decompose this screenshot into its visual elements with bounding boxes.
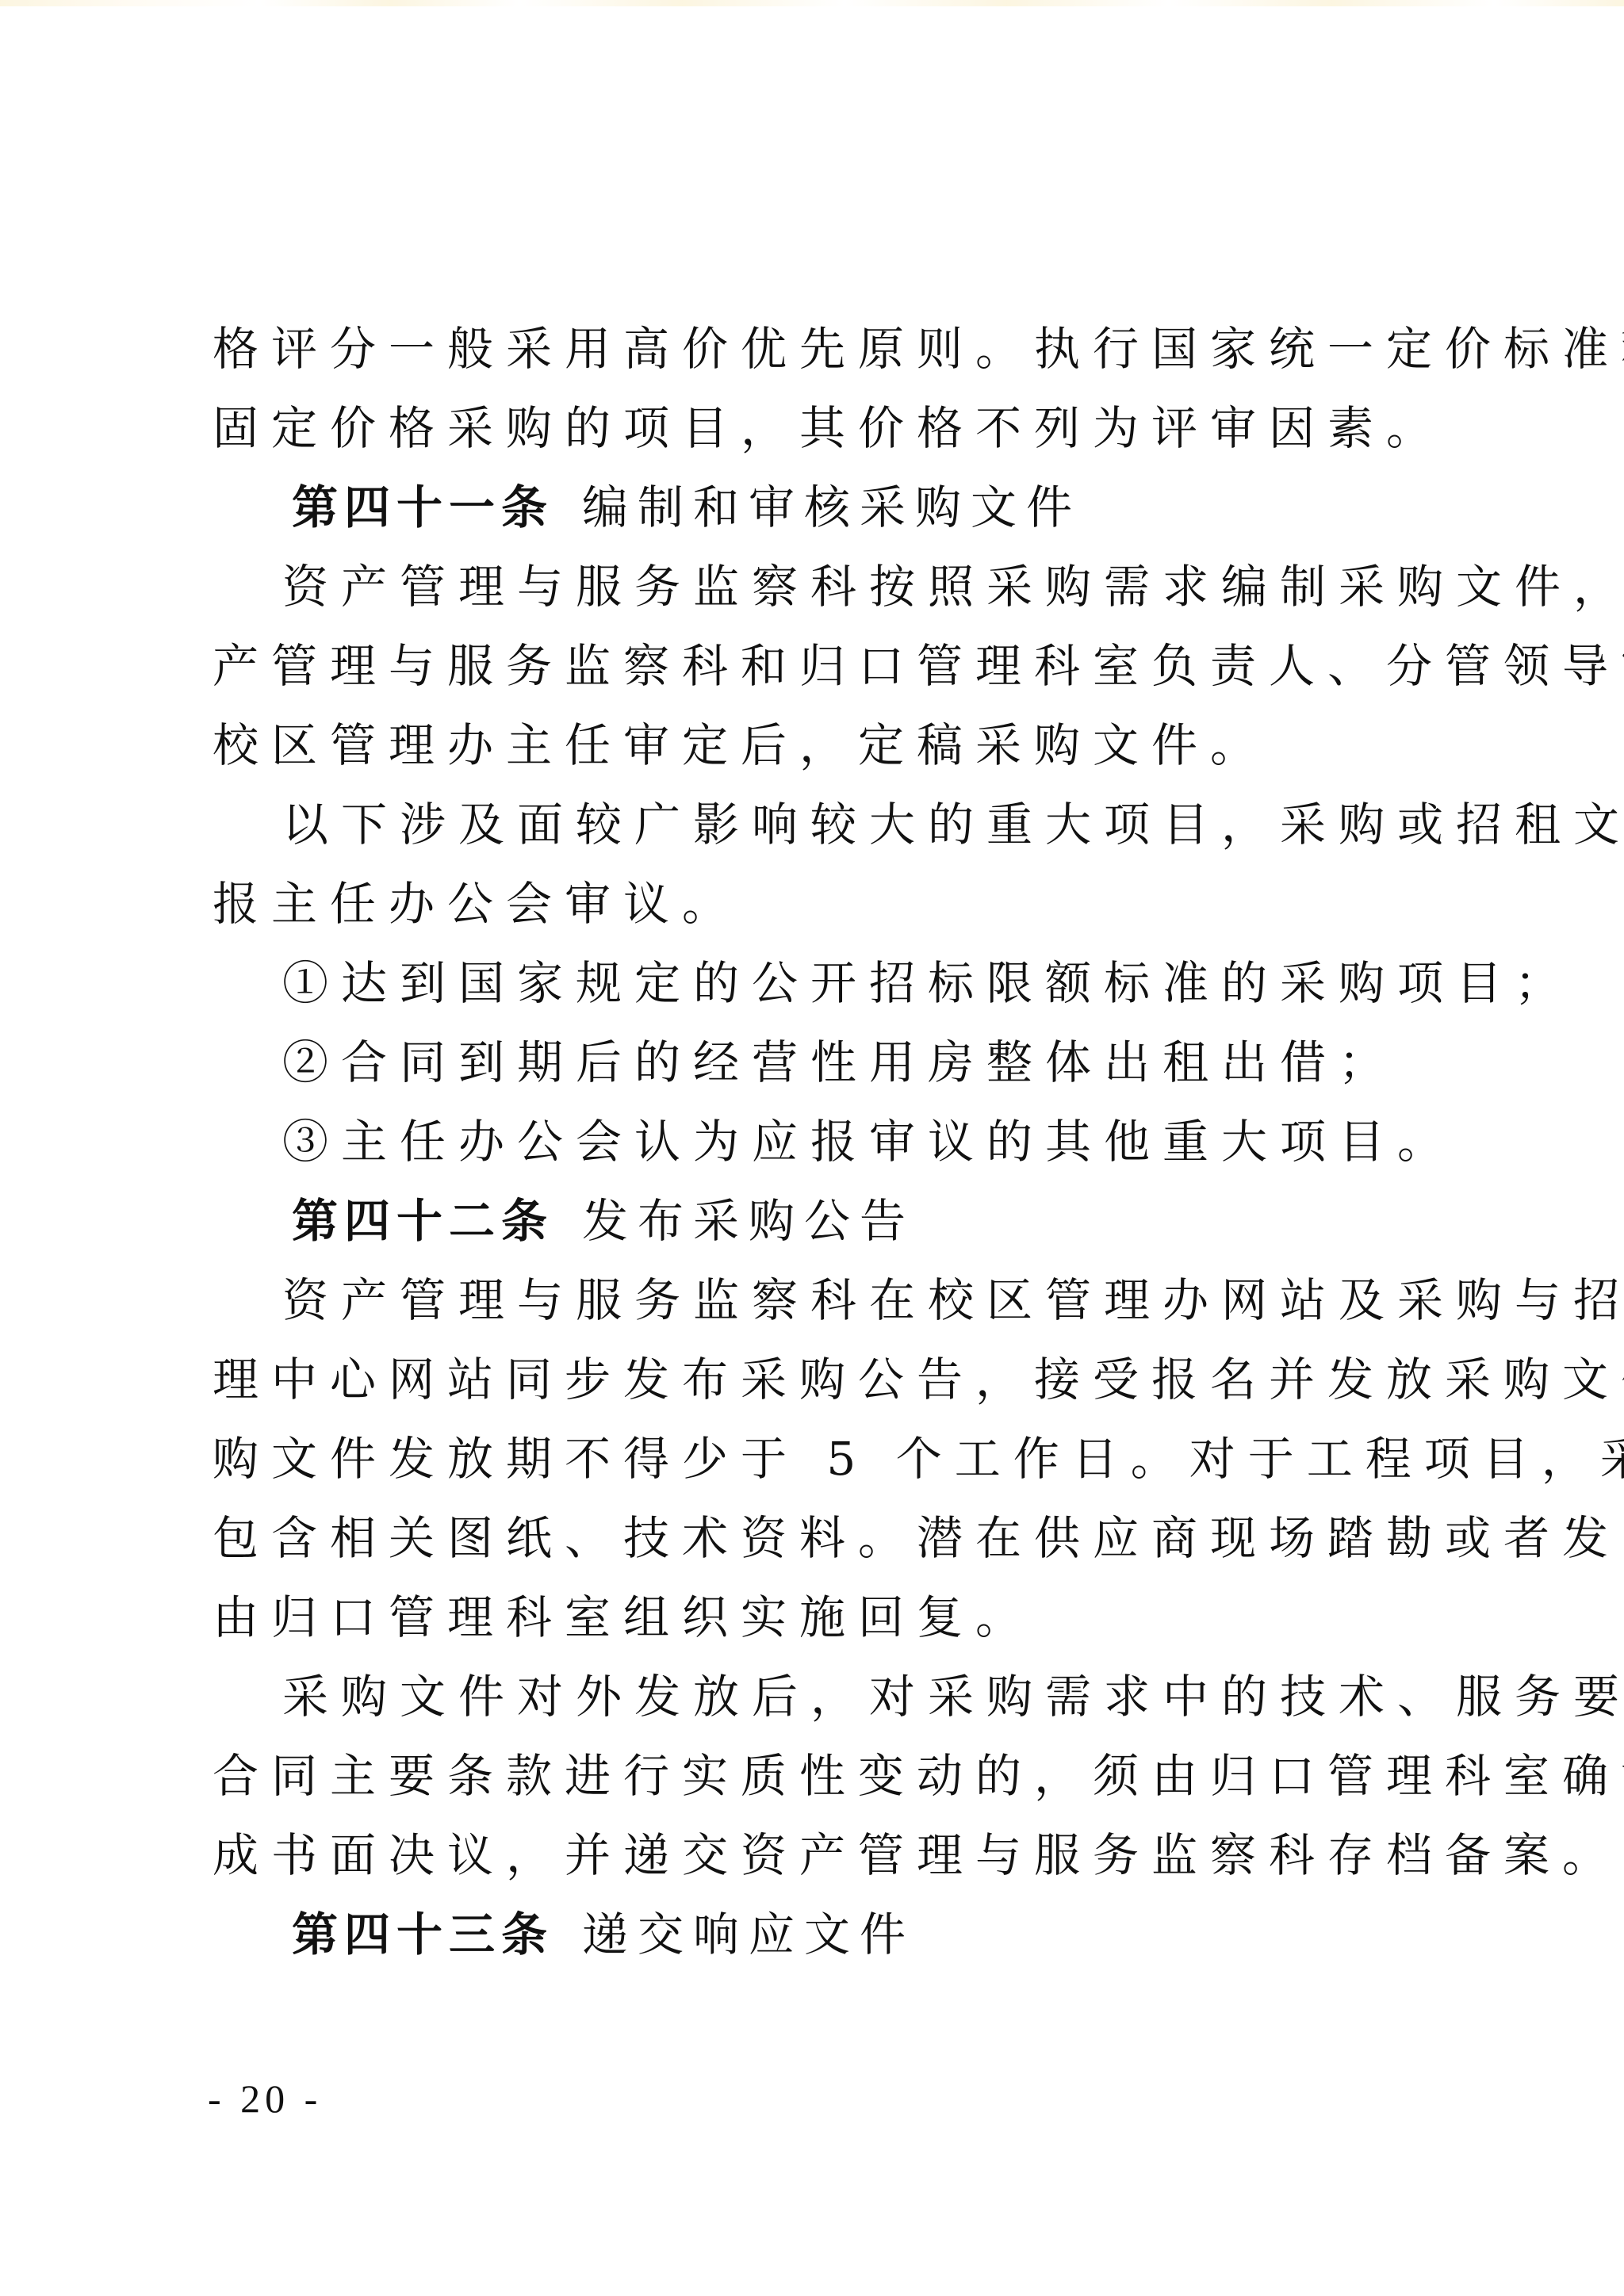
article-heading-43: 第四十三条递交响应文件 [213,1895,1434,1974]
paragraph-line: 报主任办公会审议。 [213,864,1434,943]
paragraph-line: 合同主要条款进行实质性变动的，须由归口管理科室确认并形 [213,1736,1434,1816]
list-item: ③主任办公会认为应报审议的其他重大项目。 [213,1102,1434,1181]
paragraph-line: 固定价格采购的项目，其价格不列为评审因素。 [213,388,1434,468]
paragraph-line: 包含相关图纸、技术资料。潜在供应商现场踏勘或者发出答疑， [213,1498,1434,1578]
paragraph-line: 由归口管理科室组织实施回复。 [213,1578,1434,1657]
list-item: ②合同到期后的经营性用房整体出租出借； [213,1023,1434,1102]
list-item: ①达到国家规定的公开招标限额标准的采购项目； [213,943,1434,1023]
article-heading-42: 第四十二条发布采购公告 [213,1181,1434,1261]
paragraph-line: 以下涉及面较广影响较大的重大项目，采购或招租文件应 [213,785,1434,864]
paragraph-line: 校区管理办主任审定后，定稿采购文件。 [213,706,1434,785]
article-title: 编制和审核采购文件 [582,480,1082,534]
scan-edge-strip [0,0,1624,6]
article-number: 第四十二条 [292,1194,553,1248]
article-number: 第四十一条 [292,480,553,534]
paragraph-line: 理中心网站同步发布采购公告，接受报名并发放采购文件。采 [213,1340,1434,1419]
paragraph-line: 购文件发放期不得少于 5 个工作日。对于工程项目，采购文件 [213,1419,1434,1498]
article-number: 第四十三条 [292,1908,553,1961]
document-page: 格评分一般采用高价优先原则。执行国家统一定价标准和采用 固定价格采购的项目，其价… [213,309,1434,1974]
article-title: 递交响应文件 [582,1908,915,1961]
paragraph-line: 资产管理与服务监察科按照采购需求编制采购文件，经资 [213,547,1434,626]
paragraph-line: 成书面决议，并递交资产管理与服务监察科存档备案。 [213,1816,1434,1895]
paragraph-line: 资产管理与服务监察科在校区管理办网站及采购与招标管 [213,1261,1434,1340]
paragraph-line: 采购文件对外发放后，对采购需求中的技术、服务要求及 [213,1657,1434,1736]
article-heading-41: 第四十一条编制和审核采购文件 [213,468,1434,547]
paragraph-line: 格评分一般采用高价优先原则。执行国家统一定价标准和采用 [213,309,1434,388]
page-number: - 20 - [208,2076,322,2122]
paragraph-line: 产管理与服务监察科和归口管理科室负责人、分管领导审批， [213,626,1434,706]
article-title: 发布采购公告 [582,1194,915,1248]
